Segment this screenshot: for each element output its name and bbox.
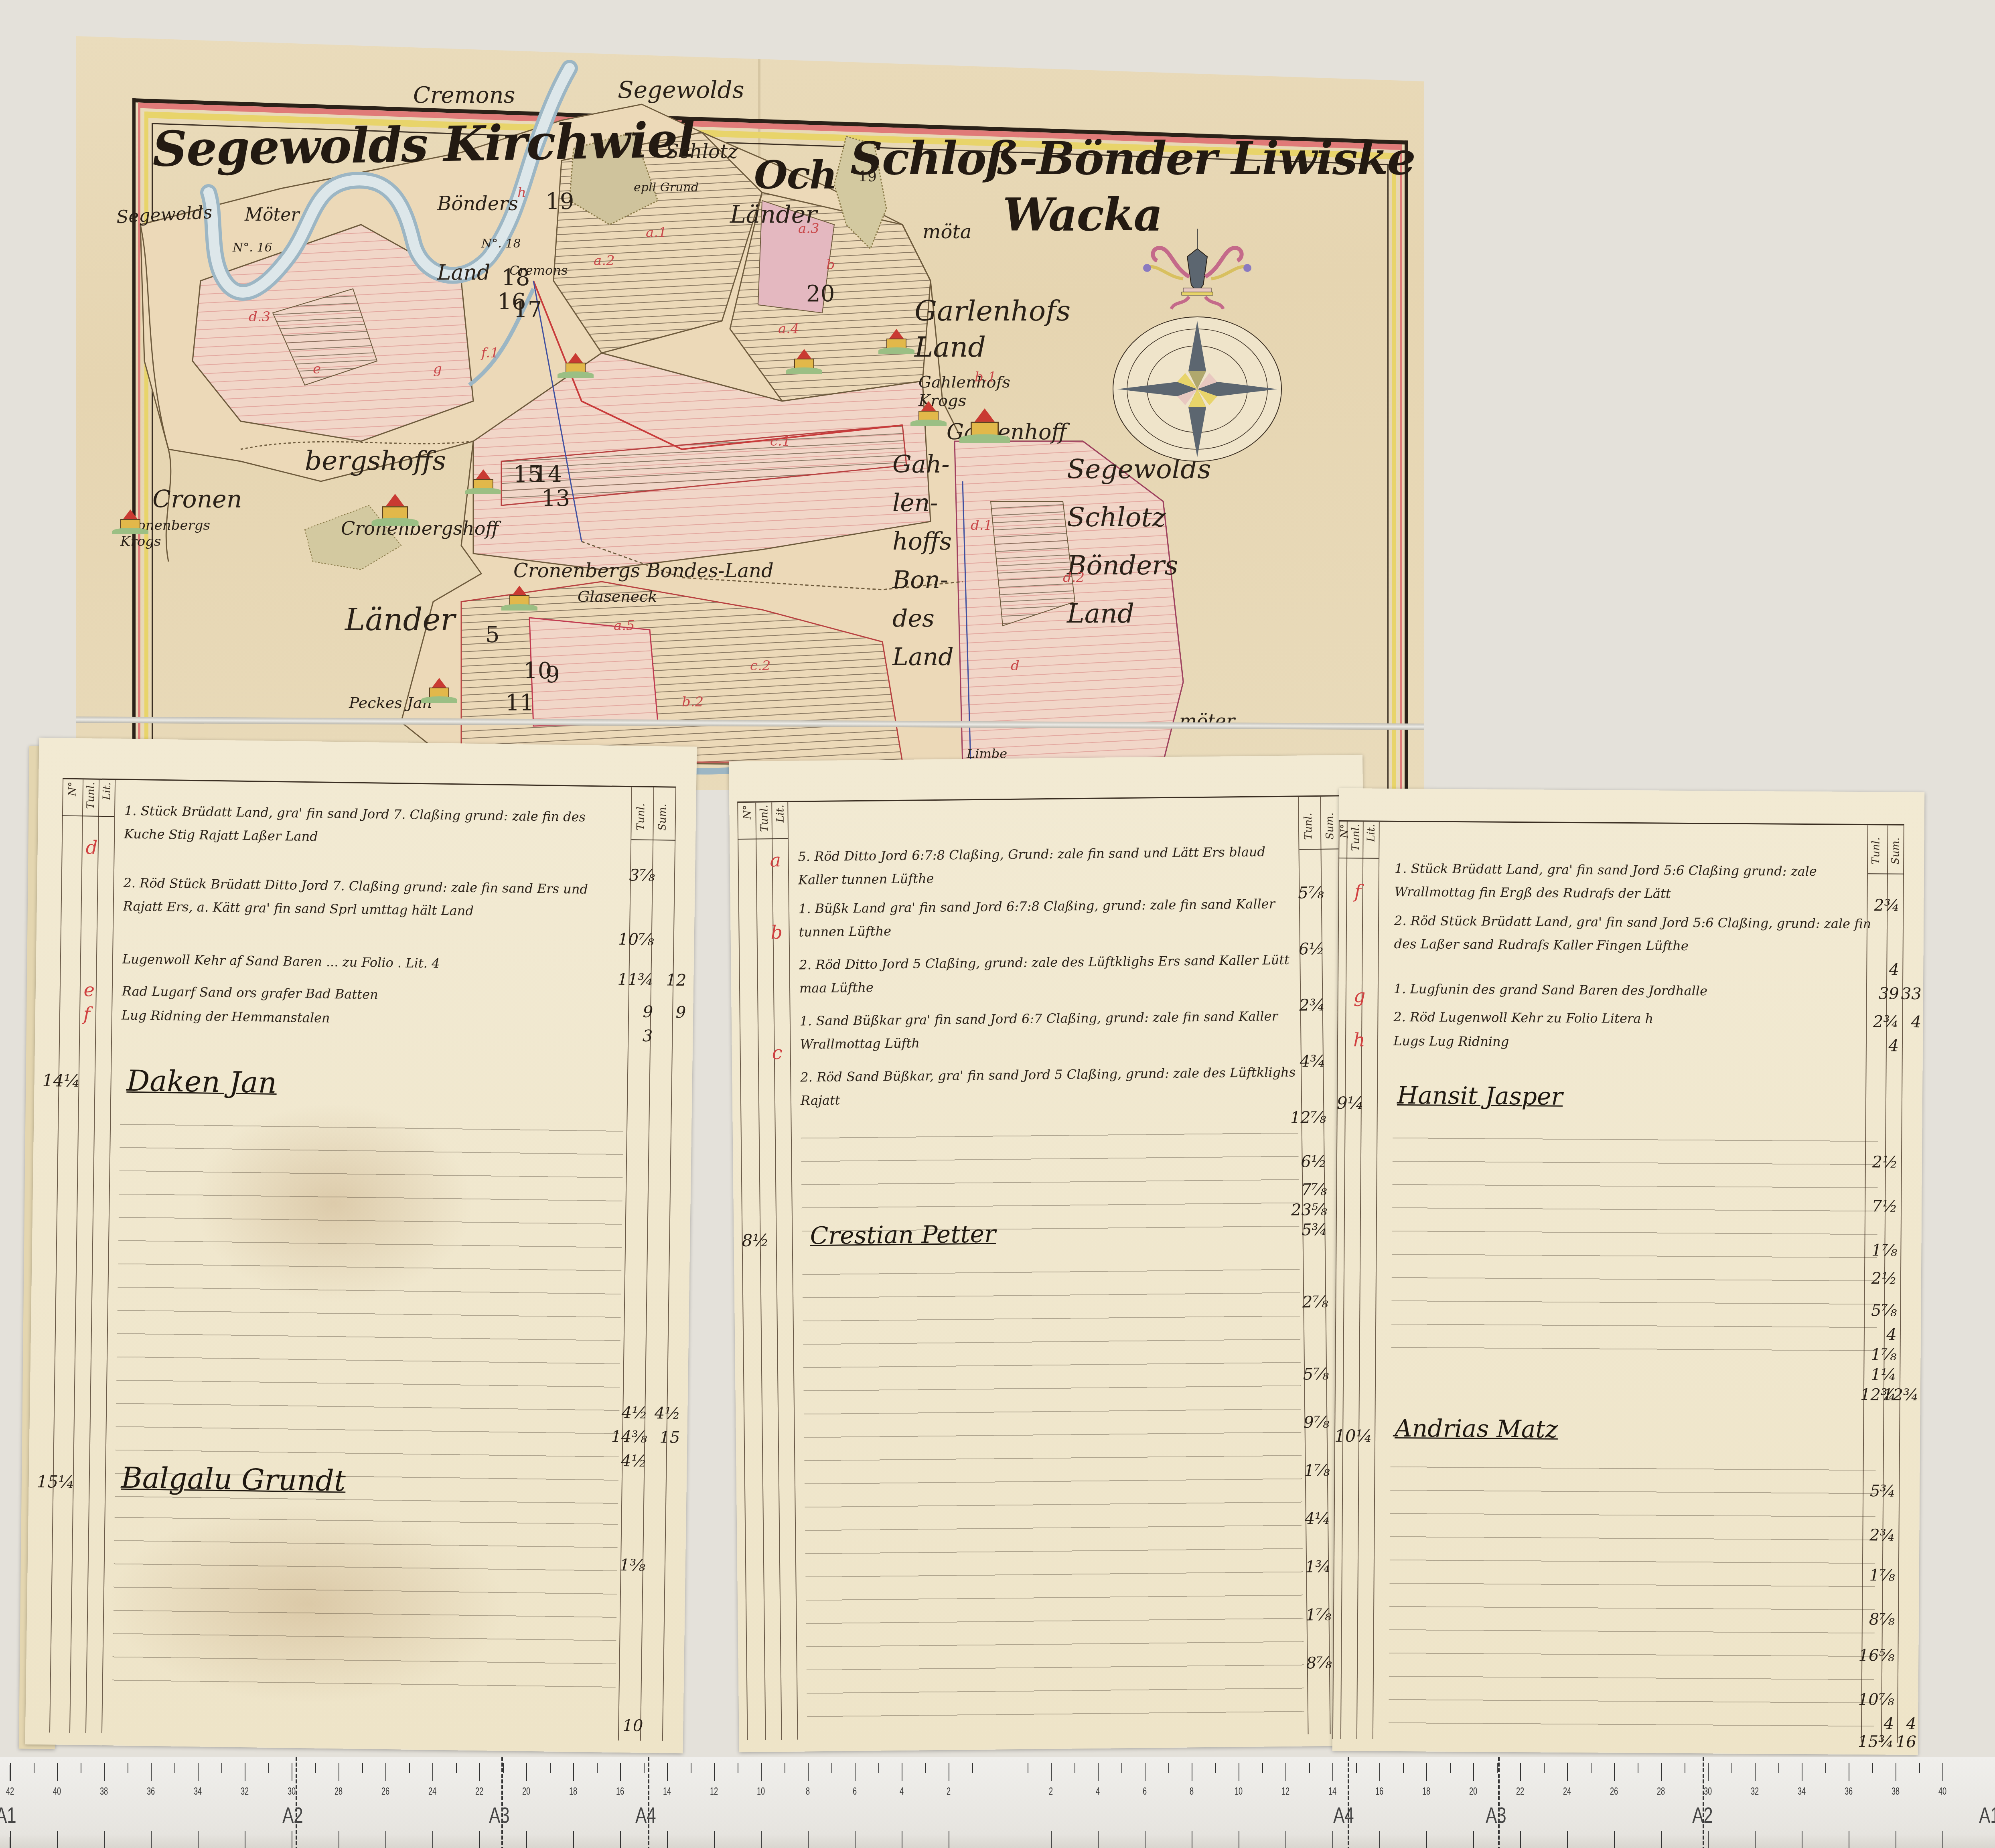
ruler-tick bbox=[1239, 1763, 1239, 1781]
ledger-entry-filler bbox=[115, 1108, 624, 1516]
ledger-amount: 2½ bbox=[1872, 1153, 1898, 1171]
ruler-half-tick bbox=[1638, 1763, 1638, 1773]
ledger-amount: 2¾ bbox=[1873, 1012, 1899, 1031]
place-label: Cronenbergs Bondes-Land bbox=[513, 560, 774, 582]
ledger-amount: 1¼ bbox=[1871, 1365, 1897, 1384]
ruler-tick bbox=[902, 1763, 902, 1781]
farmhouse-icon bbox=[469, 469, 497, 493]
parcel-letter: h bbox=[1353, 1029, 1365, 1051]
parcel-label: a.5 bbox=[614, 618, 635, 634]
ledger-entry: 2. Röd Ditto Jord 5 Claßing, grund: zale… bbox=[799, 948, 1297, 1000]
ruler-tick bbox=[1896, 1831, 1896, 1848]
place-label: Glaseneck bbox=[578, 588, 657, 605]
ledger-amount: 6½ bbox=[1301, 1152, 1327, 1171]
farm-number: 13 bbox=[541, 485, 570, 511]
ruler-tick-label: 12 bbox=[1281, 1785, 1289, 1797]
ledger-sum: 33 bbox=[1901, 985, 1922, 1003]
ruler-tick bbox=[620, 1763, 621, 1781]
ledger-amount: 7⅞ bbox=[1301, 1181, 1327, 1199]
ledger-amount: 5¾ bbox=[1870, 1482, 1896, 1500]
parcel-label: d bbox=[1011, 658, 1020, 674]
ruler-tick bbox=[245, 1831, 245, 1848]
ruler-tick bbox=[1332, 1763, 1333, 1781]
ruler-tick bbox=[714, 1831, 715, 1848]
column-header: Sum. bbox=[1324, 812, 1336, 840]
ruler-half-tick bbox=[1919, 1763, 1920, 1773]
ruler-tick bbox=[1051, 1831, 1052, 1848]
place-label: Länder bbox=[345, 602, 455, 637]
parcel-label: a.1 bbox=[646, 225, 667, 241]
ledger-amount: 23⅝ bbox=[1291, 1201, 1327, 1219]
ruler-tick-label: 10 bbox=[757, 1785, 765, 1797]
ruler-tick bbox=[1708, 1831, 1709, 1848]
ruler-tick bbox=[1661, 1763, 1662, 1781]
parcel-letter: b bbox=[770, 921, 783, 943]
ledger-entry: Lugs Lug Ridning bbox=[1393, 1029, 1879, 1056]
ledger-amount: 1⅜ bbox=[619, 1556, 645, 1575]
ledger-sum: 4 bbox=[1911, 1013, 1922, 1031]
ruler-tick-label: 8 bbox=[806, 1785, 810, 1797]
ruler-tick-label: 18 bbox=[1422, 1785, 1430, 1797]
ruler-tick bbox=[432, 1831, 433, 1848]
parcel-label: b.1 bbox=[975, 369, 996, 385]
ruler-half-tick bbox=[1028, 1763, 1028, 1773]
ledger-amount: 4 bbox=[1884, 1714, 1894, 1733]
ruler-half-tick bbox=[1075, 1763, 1075, 1773]
ledger-amount: 1¾ bbox=[1305, 1558, 1331, 1576]
ruler-tick bbox=[1426, 1831, 1427, 1848]
ruler-tick bbox=[1614, 1831, 1615, 1848]
ruler-half-tick bbox=[34, 1763, 34, 1773]
ruler-tick bbox=[949, 1763, 949, 1781]
ruler-tick bbox=[1755, 1831, 1756, 1848]
farm-number: 19 bbox=[858, 168, 877, 185]
ruler-half-tick bbox=[409, 1763, 410, 1773]
ruler-tick bbox=[339, 1763, 339, 1781]
section-heading: Crestian Petter bbox=[810, 1220, 996, 1250]
parcel-label: a.3 bbox=[798, 221, 819, 237]
ruler-half-tick bbox=[128, 1763, 128, 1773]
ledger-amount: 4½ bbox=[621, 1452, 647, 1471]
place-label: Cronenbergshoff bbox=[341, 517, 499, 539]
ruler-tick-label: 30 bbox=[1704, 1785, 1712, 1797]
column-header: Tunl. bbox=[1302, 813, 1315, 840]
place-label: N°. 18 bbox=[481, 237, 521, 251]
ruler-tick bbox=[761, 1831, 762, 1848]
ruler-tick bbox=[949, 1831, 949, 1848]
parcel-letter: a bbox=[770, 849, 781, 871]
column-header: Tunl. bbox=[1350, 824, 1362, 851]
parcel-label: h bbox=[517, 185, 526, 201]
ruler-tick bbox=[385, 1763, 386, 1781]
ruler-half-tick bbox=[503, 1763, 504, 1773]
ruler-tick-label: 30 bbox=[288, 1785, 296, 1797]
ruler-tick-label: 28 bbox=[1657, 1785, 1665, 1797]
ledger-entry: 2. Röd Stück Brüdatt Land, gra' fin sand… bbox=[1394, 909, 1879, 959]
ruler-tick bbox=[761, 1763, 762, 1781]
ledger-amount: 3⅞ bbox=[629, 866, 655, 885]
ruler-tick bbox=[1239, 1831, 1239, 1848]
section-heading: Balgalu Grundt bbox=[121, 1461, 346, 1498]
ruler-tick bbox=[667, 1831, 668, 1848]
ruler-half-tick bbox=[691, 1763, 691, 1773]
ruler-half-tick bbox=[925, 1763, 926, 1773]
ruler-tick bbox=[1942, 1831, 1943, 1848]
ledger-sum: 4 bbox=[1906, 1715, 1917, 1733]
ledger-amount: 1⅞ bbox=[1871, 1241, 1898, 1260]
ruler-half-tick bbox=[972, 1763, 973, 1773]
ledger-amount: 4¾ bbox=[1300, 1052, 1326, 1071]
ruler-tick bbox=[1332, 1831, 1333, 1848]
ruler-tick bbox=[1708, 1763, 1709, 1781]
ledger-amount: 1⅞ bbox=[1871, 1345, 1897, 1364]
place-label: Land bbox=[437, 261, 490, 285]
ledger-page-left: N° Tunl. Lit. Tunl. Sum. d 1. Stück Brüd… bbox=[25, 738, 697, 1754]
ruler-tick-label: 32 bbox=[1751, 1785, 1759, 1797]
ruler-tick-label: 36 bbox=[147, 1785, 155, 1797]
ruler-tick bbox=[1098, 1831, 1099, 1848]
ruler-tick bbox=[1567, 1831, 1568, 1848]
ruler-tick-label: 34 bbox=[1798, 1785, 1806, 1797]
map-title-connector: Och bbox=[754, 152, 837, 198]
ruler-tick bbox=[432, 1763, 433, 1781]
ruler-half-tick bbox=[1403, 1763, 1404, 1773]
ruler-half-tick bbox=[831, 1763, 832, 1773]
parcel-label: d.3 bbox=[249, 309, 270, 325]
ledger-sum: 12 bbox=[666, 971, 687, 990]
ruler-tick bbox=[667, 1763, 668, 1781]
ruler-tick bbox=[10, 1763, 11, 1781]
ruler-tick-label: 10 bbox=[1235, 1785, 1243, 1797]
column-header: Lit. bbox=[1365, 824, 1377, 842]
ledger-sum: 4½ bbox=[655, 1404, 681, 1423]
ruler-tick-label: 20 bbox=[522, 1785, 530, 1797]
ruler-half-tick bbox=[1872, 1763, 1873, 1773]
ruler-tick bbox=[1379, 1831, 1380, 1848]
paper-size-label: A2 bbox=[282, 1802, 303, 1828]
ruler-tick bbox=[10, 1831, 11, 1848]
column-header: Tunl. bbox=[758, 805, 770, 832]
ledger-amount: 1⅞ bbox=[1869, 1566, 1895, 1584]
ledger-amount: 2⅞ bbox=[1302, 1293, 1328, 1312]
ledger-amount: 1⅞ bbox=[1306, 1606, 1332, 1625]
ruler-half-tick bbox=[878, 1763, 879, 1773]
parcel-letter: g bbox=[1354, 985, 1366, 1006]
ledger-amount: 7½ bbox=[1872, 1197, 1898, 1215]
farm-number: 14 bbox=[533, 461, 562, 487]
section-number: 8½ bbox=[742, 1230, 769, 1250]
farmhouse-icon bbox=[505, 586, 533, 610]
ruler-tick bbox=[526, 1831, 527, 1848]
place-label: Gah-len-hoffs Bon-des Land bbox=[892, 445, 929, 676]
ledger-entry: 1. Lugfunin des grand Sand Baren des Jor… bbox=[1394, 977, 1879, 1004]
ruler-tick bbox=[292, 1763, 292, 1781]
section-heading: Andrias Matz bbox=[1395, 1414, 1558, 1444]
place-label: Segewolds Schlotz Bönders Land bbox=[1067, 445, 1203, 638]
column-header: Lit. bbox=[101, 782, 113, 800]
ledger-amount: 3 bbox=[643, 1027, 653, 1045]
paper-size-label: A2 bbox=[1692, 1802, 1713, 1828]
farmhouse-icon bbox=[116, 509, 144, 534]
farmhouse-icon bbox=[562, 353, 590, 377]
ledger-amount: 5¾ bbox=[1302, 1221, 1328, 1239]
ruler-tick bbox=[1473, 1763, 1474, 1781]
ruler-tick bbox=[1942, 1763, 1943, 1781]
place-label: bergshoffs bbox=[305, 445, 446, 476]
place-label: ерll Grund bbox=[634, 181, 699, 195]
farm-number: 19 bbox=[545, 189, 574, 215]
ruler-tick bbox=[385, 1831, 386, 1848]
ruler-half-tick bbox=[1356, 1763, 1357, 1773]
ruler-tick bbox=[1051, 1763, 1052, 1781]
ruler-half-tick bbox=[597, 1763, 598, 1773]
measuring-ruler: A1 A2 A3 A4 A4 A3 A2 A1 4240383634323028… bbox=[0, 1757, 1995, 1848]
ledger-entry: 2. Röd Lugenwoll Kehr zu Folio Litera h bbox=[1393, 1005, 1879, 1032]
ruler-half-tick bbox=[362, 1763, 363, 1773]
ruler-tick-label: 14 bbox=[1328, 1785, 1336, 1797]
ruler-tick bbox=[902, 1831, 902, 1848]
ledger-entry-filler bbox=[1389, 1450, 1876, 1734]
ledger-entry: 1. Sand Büßkar gra' fin sand Jord 6:7 Cl… bbox=[800, 1004, 1298, 1056]
farm-number: 5 bbox=[485, 622, 500, 648]
ruler-tick bbox=[151, 1763, 152, 1781]
ruler-tick bbox=[198, 1831, 199, 1848]
ruler-half-tick bbox=[1778, 1763, 1779, 1773]
ruler-half-tick bbox=[1121, 1763, 1122, 1773]
ledger-entry: 1. Stück Brüdatt Land, gra' fin sand Jor… bbox=[1394, 857, 1880, 907]
ruler-tick-label: 16 bbox=[1375, 1785, 1383, 1797]
ruler-tick-label: 18 bbox=[569, 1785, 577, 1797]
ruler-tick bbox=[526, 1763, 527, 1781]
place-label: Cremons bbox=[413, 82, 515, 108]
ruler-tick bbox=[1802, 1831, 1802, 1848]
ledger-amount: 4½ bbox=[622, 1404, 648, 1422]
ledger-amount: 2¾ bbox=[1299, 996, 1325, 1015]
ruler-tick-label: 6 bbox=[1143, 1785, 1147, 1797]
ledger-amount: 9⅞ bbox=[1304, 1413, 1330, 1432]
ruler-tick bbox=[620, 1831, 621, 1848]
parcel-letter: e bbox=[83, 979, 95, 1000]
section-number: 14¼ bbox=[42, 1071, 80, 1091]
ledger-amount: 10⅞ bbox=[618, 930, 654, 949]
ledger-page-middle: N° Tunl. Lit. Tunl. Sum. a 5. Röd Ditto … bbox=[729, 755, 1373, 1752]
farmhouse-icon bbox=[914, 401, 943, 425]
ruler-tick-label: 2 bbox=[947, 1785, 951, 1797]
ruler-tick bbox=[1755, 1763, 1756, 1781]
place-label: Garlenhofs Land bbox=[914, 293, 1043, 365]
manor-house-icon bbox=[377, 494, 414, 525]
ledger-amount: 8⅞ bbox=[1306, 1654, 1332, 1673]
ruler-half-tick bbox=[644, 1763, 645, 1773]
section-number: 15¼ bbox=[36, 1472, 75, 1492]
parcel-label: a.2 bbox=[594, 253, 615, 269]
section-heading: Hansit Jasper bbox=[1397, 1081, 1563, 1111]
column-header: Sum. bbox=[657, 803, 669, 831]
map-title-left: Segewolds Kirchwiel bbox=[152, 112, 695, 178]
place-label: Schlotz bbox=[666, 140, 738, 163]
ledger-entry: 1. Büßk Land gra' fin sand Jord 6:7:8 Cl… bbox=[799, 892, 1296, 944]
column-header: N° bbox=[741, 805, 753, 820]
ruler-half-tick bbox=[174, 1763, 175, 1773]
ruler-half-tick bbox=[1450, 1763, 1451, 1773]
map-title-right-line1: Schloß-Bönder Liwiske bbox=[850, 132, 1415, 185]
ruler-tick-label: 34 bbox=[194, 1785, 202, 1797]
ruler-tick-label: 36 bbox=[1845, 1785, 1853, 1797]
ruler-tick-label: 6 bbox=[853, 1785, 857, 1797]
paper-size-label: A1 bbox=[0, 1802, 16, 1828]
ledger-amount: 5⅞ bbox=[1871, 1301, 1897, 1320]
ruler-tick bbox=[57, 1763, 58, 1781]
ledger-amount: 4 bbox=[1886, 1325, 1897, 1344]
ruler-tick bbox=[104, 1763, 105, 1781]
ruler-half-tick bbox=[81, 1763, 81, 1773]
place-label: Peckes Jan bbox=[349, 694, 432, 712]
column-header: N° bbox=[1339, 824, 1351, 838]
ruler-tick-label: 38 bbox=[1892, 1785, 1900, 1797]
ruler-tick bbox=[479, 1763, 480, 1781]
ledger-amount: 1⅞ bbox=[1304, 1461, 1330, 1480]
ledger-amount: 16⅝ bbox=[1859, 1646, 1895, 1665]
paper-size-label: A4 bbox=[635, 1802, 656, 1828]
ruler-tick bbox=[1379, 1763, 1380, 1781]
parcel-letter: f bbox=[1354, 880, 1361, 902]
ledger-amount: 9 bbox=[643, 1003, 653, 1021]
ruler-half-tick bbox=[1591, 1763, 1592, 1773]
ruler-tick bbox=[573, 1763, 574, 1781]
ledger-entry-filler bbox=[1391, 1122, 1878, 1357]
ruler-tick-label: 24 bbox=[1563, 1785, 1571, 1797]
ruler-tick-label: 40 bbox=[53, 1785, 61, 1797]
ruler-half-tick bbox=[550, 1763, 551, 1773]
column-header: Lit. bbox=[774, 805, 786, 823]
ruler-tick bbox=[855, 1831, 856, 1848]
column-header: N° bbox=[67, 782, 79, 796]
parcel-label: d.1 bbox=[971, 517, 992, 534]
farmhouse-icon bbox=[790, 349, 818, 373]
parcel-label: a.4 bbox=[778, 321, 799, 337]
ruler-tick bbox=[1614, 1763, 1615, 1781]
ledger-amount: 5⅞ bbox=[1298, 884, 1324, 903]
farm-number: 17 bbox=[513, 297, 542, 323]
ledger-amount: 5⅞ bbox=[1303, 1365, 1329, 1384]
parcel-label: b bbox=[826, 257, 835, 273]
column-header: Tunl. bbox=[85, 782, 97, 809]
ruler-tick-label: 4 bbox=[1096, 1785, 1100, 1797]
ledger-amount: 4 bbox=[1888, 1037, 1899, 1055]
ruler-half-tick bbox=[315, 1763, 316, 1773]
place-label: Möter bbox=[245, 205, 299, 225]
ruler-half-tick bbox=[456, 1763, 457, 1773]
ledger-entry-filler bbox=[112, 1501, 618, 1692]
parcel-letter: c bbox=[772, 1042, 782, 1063]
ledger-amount: 4¼ bbox=[1305, 1509, 1331, 1528]
compass-rose-icon bbox=[1103, 225, 1291, 473]
farm-number: 9 bbox=[545, 662, 560, 688]
ruler-tick bbox=[1426, 1763, 1427, 1781]
ruler-half-tick bbox=[1544, 1763, 1545, 1773]
ledger-amount: 2¾ bbox=[1869, 1526, 1896, 1544]
ruler-tick-label: 32 bbox=[241, 1785, 249, 1797]
parcel-letter: f bbox=[83, 1003, 91, 1024]
ruler-tick bbox=[1145, 1831, 1146, 1848]
place-label: Segewolds bbox=[618, 76, 744, 103]
section-number: 9¼ bbox=[1337, 1093, 1364, 1113]
ruler-tick-label: 26 bbox=[381, 1785, 389, 1797]
ruler-tick-label: 12 bbox=[710, 1785, 718, 1797]
ruler-tick-label: 8 bbox=[1190, 1785, 1194, 1797]
ruler-tick bbox=[1802, 1763, 1802, 1781]
ruler-half-tick bbox=[221, 1763, 222, 1773]
ruler-half-tick bbox=[1497, 1763, 1498, 1773]
ledger-entry: 5. Röd Ditto Jord 6:7:8 Claßing, Grund: … bbox=[798, 840, 1296, 892]
ruler-tick bbox=[1520, 1831, 1521, 1848]
ledger-sum: 12¾ bbox=[1883, 1385, 1919, 1404]
ruler-half-tick bbox=[1731, 1763, 1732, 1773]
ruler-tick bbox=[1520, 1763, 1521, 1781]
ruler-tick bbox=[1661, 1831, 1662, 1848]
ruler-tick bbox=[292, 1831, 292, 1848]
paper-size-label: A1 bbox=[1979, 1802, 1995, 1828]
ruler-tick-label: 22 bbox=[475, 1785, 483, 1797]
ruler-tick-label: 24 bbox=[428, 1785, 436, 1797]
ruler-half-tick bbox=[738, 1763, 738, 1773]
ruler-tick-label: 40 bbox=[1938, 1785, 1946, 1797]
ruler-tick bbox=[1473, 1831, 1474, 1848]
ledger-amount: 4 bbox=[1889, 961, 1900, 979]
section-heading: Daken Jan bbox=[126, 1064, 277, 1099]
ledger-amount: 14⅜ bbox=[611, 1428, 647, 1446]
ruler-tick bbox=[855, 1763, 856, 1781]
ruler-tick bbox=[1192, 1763, 1192, 1781]
parcel-label: b.2 bbox=[682, 694, 704, 710]
ruler-tick bbox=[1098, 1763, 1099, 1781]
ruler-tick bbox=[1567, 1763, 1568, 1781]
ruler-tick-label: 2 bbox=[1049, 1785, 1053, 1797]
parcel-label: c.1 bbox=[770, 433, 791, 449]
farm-number: 18 bbox=[501, 265, 530, 291]
ruler-half-tick bbox=[268, 1763, 269, 1773]
ruler-tick bbox=[479, 1831, 480, 1848]
ruler-tick-label: 20 bbox=[1469, 1785, 1477, 1797]
ruler-tick-label: 28 bbox=[335, 1785, 343, 1797]
ledger-amount: 15¾ bbox=[1858, 1732, 1894, 1751]
manor-house-icon bbox=[965, 408, 1004, 442]
ruler-tick bbox=[104, 1831, 105, 1848]
ledger-entry-filler bbox=[801, 1117, 1300, 1238]
farmhouse-icon bbox=[425, 678, 453, 702]
ruler-tick-label: 26 bbox=[1610, 1785, 1618, 1797]
place-label: möta bbox=[922, 221, 971, 243]
paper-size-label: A3 bbox=[489, 1802, 509, 1828]
place-label: Bönders bbox=[437, 193, 518, 215]
parcel-letter: d bbox=[85, 836, 97, 858]
ledger-amount: 8⅞ bbox=[1869, 1610, 1895, 1629]
ledger-amount: 10⅞ bbox=[1858, 1690, 1894, 1709]
ruler-tick-label: 42 bbox=[6, 1785, 14, 1797]
ruler-tick bbox=[245, 1763, 245, 1781]
ledger-entry: 2. Röd Sand Büßkar, gra' fin sand Jord 5… bbox=[800, 1061, 1298, 1112]
parcel-label: c.2 bbox=[750, 658, 770, 674]
ruler-tick bbox=[1849, 1831, 1849, 1848]
section-number: 10¼ bbox=[1334, 1426, 1372, 1446]
ruler-tick bbox=[339, 1831, 339, 1848]
parcel-label: f.1 bbox=[481, 345, 499, 361]
ruler-tick bbox=[808, 1763, 809, 1781]
ruler-tick bbox=[57, 1831, 58, 1848]
ruler-tick bbox=[1285, 1763, 1286, 1781]
parcel-label: d.2 bbox=[1063, 570, 1085, 586]
ledger-amount: 39 bbox=[1879, 984, 1899, 1003]
